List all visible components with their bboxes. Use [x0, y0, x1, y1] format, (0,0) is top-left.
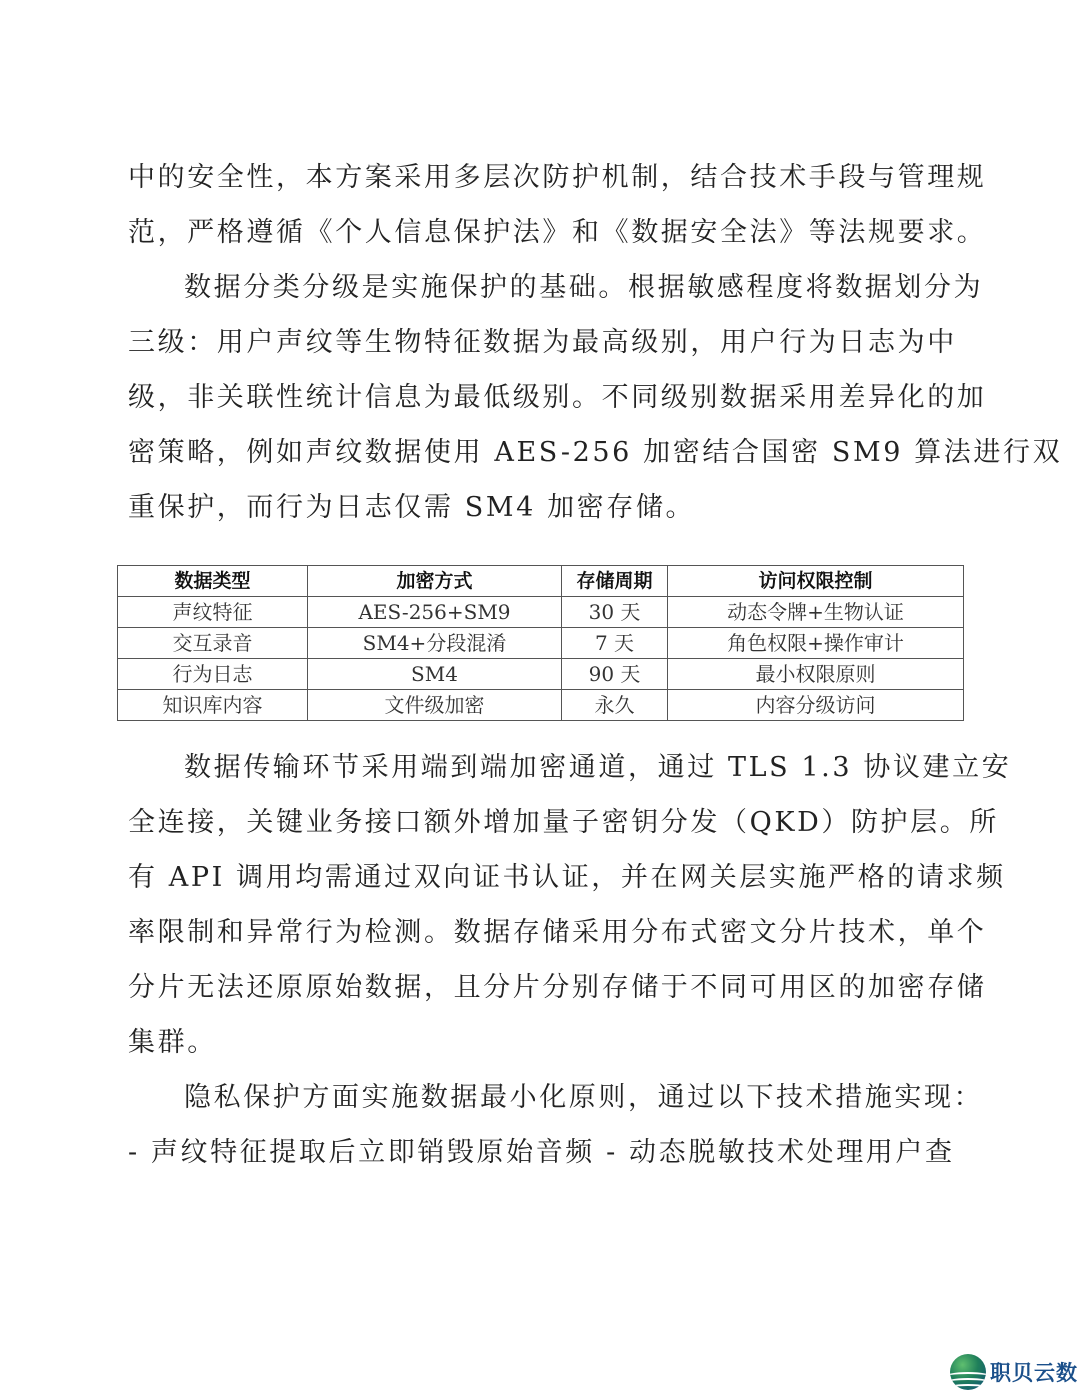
text-line: - 声纹特征提取后立即销毁原始音频 - 动态脱敏技术处理用户查 [128, 1125, 948, 1180]
cell-data-type: 交互录音 [118, 628, 308, 659]
paragraph-data-transmission: 数据传输环节采用端到端加密通道，通过 TLS 1.3 协议建立安 全连接，关键业… [128, 740, 948, 1070]
text-line: 重保护，而行为日志仅需 SM4 加密存储。 [128, 480, 948, 535]
table-row: 知识库内容 文件级加密 永久 内容分级访问 [118, 690, 964, 721]
watermark-text: 职贝云数 [990, 1357, 1078, 1387]
table-row: 交互录音 SM4+分段混淆 7 天 角色权限+操作审计 [118, 628, 964, 659]
cell-access-control: 内容分级访问 [668, 690, 964, 721]
text-line: 密策略，例如声纹数据使用 AES-256 加密结合国密 SM9 算法进行双 [128, 425, 948, 480]
data-protection-table: 数据类型 加密方式 存储周期 访问权限控制 声纹特征 AES-256+SM9 3… [117, 565, 964, 721]
text-line: 全连接，关键业务接口额外增加量子密钥分发（QKD）防护层。所 [128, 795, 948, 850]
text-line: 率限制和异常行为检测。数据存储采用分布式密文分片技术，单个 [128, 905, 948, 960]
document-page: 中的安全性，本方案采用多层次防护机制，结合技术手段与管理规 范，严格遵循《个人信… [0, 0, 1080, 1397]
header-access-control: 访问权限控制 [668, 566, 964, 597]
cell-access-control: 角色权限+操作审计 [668, 628, 964, 659]
header-encryption-method: 加密方式 [308, 566, 562, 597]
text-line: 中的安全性，本方案采用多层次防护机制，结合技术手段与管理规 [128, 150, 948, 205]
text-line: 数据分类分级是实施保护的基础。根据敏感程度将数据划分为 [128, 260, 948, 315]
cell-access-control: 动态令牌+生物认证 [668, 597, 964, 628]
wave-globe-logo-icon [950, 1354, 986, 1390]
cell-retention-period: 永久 [562, 690, 668, 721]
watermark-logo: 职贝云数 [950, 1352, 1078, 1392]
paragraph-privacy-protection: 隐私保护方面实施数据最小化原则，通过以下技术措施实现： - 声纹特征提取后立即销… [128, 1070, 948, 1180]
text-line: 级，非关联性统计信息为最低级别。不同级别数据采用差异化的加 [128, 370, 948, 425]
cell-data-type: 声纹特征 [118, 597, 308, 628]
cell-encryption-method: SM4+分段混淆 [308, 628, 562, 659]
text-line: 三级：用户声纹等生物特征数据为最高级别，用户行为日志为中 [128, 315, 948, 370]
cell-data-type: 知识库内容 [118, 690, 308, 721]
header-data-type: 数据类型 [118, 566, 308, 597]
text-line: 范，严格遵循《个人信息保护法》和《数据安全法》等法规要求。 [128, 205, 948, 260]
table-header-row: 数据类型 加密方式 存储周期 访问权限控制 [118, 566, 964, 597]
cell-encryption-method: 文件级加密 [308, 690, 562, 721]
cell-encryption-method: SM4 [308, 659, 562, 690]
text-line: 集群。 [128, 1015, 948, 1070]
cell-access-control: 最小权限原则 [668, 659, 964, 690]
cell-retention-period: 30 天 [562, 597, 668, 628]
paragraph-data-classification: 数据分类分级是实施保护的基础。根据敏感程度将数据划分为 三级：用户声纹等生物特征… [128, 260, 948, 535]
text-line: 隐私保护方面实施数据最小化原则，通过以下技术措施实现： [128, 1070, 948, 1125]
cell-encryption-method: AES-256+SM9 [308, 597, 562, 628]
text-line: 分片无法还原原始数据，且分片分别存储于不同可用区的加密存储 [128, 960, 948, 1015]
table-row: 声纹特征 AES-256+SM9 30 天 动态令牌+生物认证 [118, 597, 964, 628]
cell-retention-period: 90 天 [562, 659, 668, 690]
cell-retention-period: 7 天 [562, 628, 668, 659]
text-line: 有 API 调用均需通过双向证书认证，并在网关层实施严格的请求频 [128, 850, 948, 905]
table-row: 行为日志 SM4 90 天 最小权限原则 [118, 659, 964, 690]
paragraph-security-overview: 中的安全性，本方案采用多层次防护机制，结合技术手段与管理规 范，严格遵循《个人信… [128, 150, 948, 260]
cell-data-type: 行为日志 [118, 659, 308, 690]
header-retention-period: 存储周期 [562, 566, 668, 597]
text-line: 数据传输环节采用端到端加密通道，通过 TLS 1.3 协议建立安 [128, 740, 948, 795]
